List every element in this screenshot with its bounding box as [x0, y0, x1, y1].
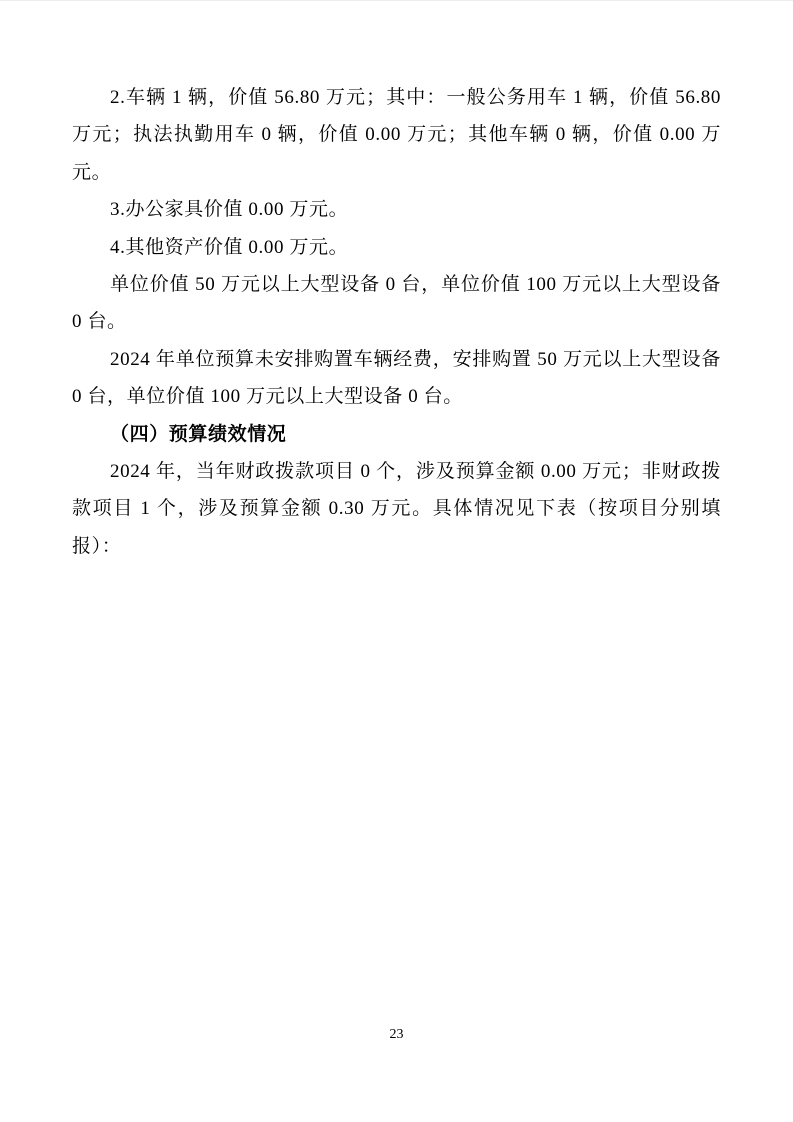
document-body: 2.车辆 1 辆，价值 56.80 万元；其中：一般公务用车 1 辆，价值 56… — [72, 79, 721, 565]
paragraph-large-equipment: 单位价值 50 万元以上大型设备 0 台，单位价值 100 万元以上大型设备 0… — [72, 266, 721, 341]
paragraph-2024-procurement: 2024 年单位预算未安排购置车辆经费，安排购置 50 万元以上大型设备 0 台… — [72, 341, 721, 416]
paragraph-other-assets: 4.其他资产价值 0.00 万元。 — [72, 229, 721, 266]
paragraph-office-furniture: 3.办公家具价值 0.00 万元。 — [72, 191, 721, 228]
page-number: 23 — [390, 1027, 404, 1043]
heading-budget-performance: （四）预算绩效情况 — [72, 416, 721, 453]
paragraph-vehicles: 2.车辆 1 辆，价值 56.80 万元；其中：一般公务用车 1 辆，价值 56… — [72, 79, 721, 191]
paragraph-2024-performance-overview: 2024 年，当年财政拨款项目 0 个，涉及预算金额 0.00 万元；非财政拨款… — [72, 453, 721, 565]
page-footer: 23 — [0, 1025, 793, 1043]
document-page: 2.车辆 1 辆，价值 56.80 万元；其中：一般公务用车 1 辆，价值 56… — [0, 0, 793, 1122]
